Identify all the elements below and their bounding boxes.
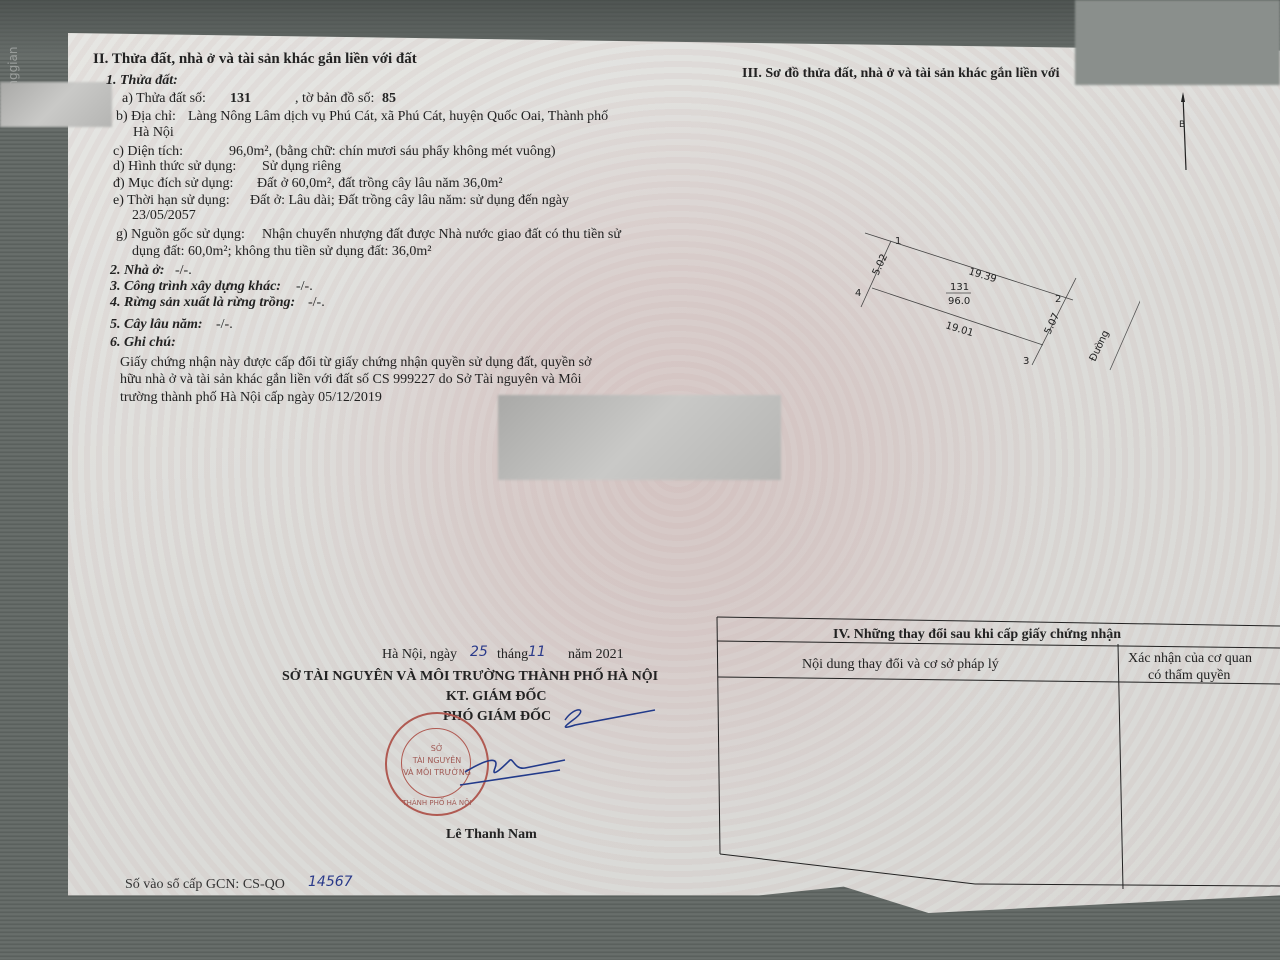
parcel-diagram: 1 2 3 4 19.39 19.01 5.02 5.07 131 96.0 Đ… <box>840 220 1140 380</box>
usage-term-date: 23/05/2057 <box>132 207 196 224</box>
signature-mark-icon <box>455 700 665 800</box>
issuing-agency: SỞ TÀI NGUYÊN VÀ MÔI TRƯỜNG THÀNH PHỐ HÀ… <box>282 668 658 685</box>
north-arrow-icon <box>1170 90 1200 180</box>
parcel-area-label: 96.0 <box>948 296 970 307</box>
usage-form-value: Sử dụng riêng <box>262 158 341 175</box>
map-label: , tờ bản đồ số: <box>295 90 374 107</box>
origin-value: Nhận chuyển nhượng đất được Nhà nước gia… <box>262 226 621 243</box>
usage-term-value: Đất ở: Lâu dài; Đất trồng cây lâu năm: s… <box>250 192 569 209</box>
redacted-area-center <box>498 395 781 480</box>
other-works-label: 3. Công trình xây dựng khác: <box>110 278 281 295</box>
signer-name: Lê Thanh Nam <box>446 826 537 843</box>
usage-purpose-label: đ) Mục đích sử dụng: <box>113 175 233 192</box>
road-label: Đường <box>1087 328 1112 363</box>
notes-heading: 6. Ghi chú: <box>110 334 176 351</box>
edge-top: 19.39 <box>967 266 998 285</box>
redacted-area-top-right <box>1075 0 1280 85</box>
year-label: năm 2021 <box>568 646 624 663</box>
section-4-title: IV. Những thay đổi sau khi cấp giấy chứn… <box>833 626 1121 643</box>
place-date-prefix: Hà Nội, ngày <box>382 646 457 663</box>
point-4: 4 <box>855 288 861 299</box>
registry-label: Số vào sổ cấp GCN: CS-QO <box>125 876 285 893</box>
notes-line-2: hữu nhà ở và tài sản khác gắn liền với đ… <box>120 371 582 388</box>
other-works-value: -/-. <box>296 278 313 295</box>
map-number: 85 <box>382 90 396 107</box>
usage-purpose-value: Đất ở 60,0m², đất trồng cây lâu năm 36,0… <box>257 175 503 192</box>
land-heading: 1. Thửa đất: <box>106 72 178 89</box>
house-label: 2. Nhà ở: <box>110 262 165 279</box>
point-3: 3 <box>1023 356 1029 367</box>
forest-label: 4. Rừng sản xuất là rừng trồng: <box>110 294 295 311</box>
point-2: 2 <box>1055 294 1061 305</box>
section-3-title: III. Sơ đồ thửa đất, nhà ở và tài sản kh… <box>742 65 1060 82</box>
point-1: 1 <box>895 236 901 247</box>
changes-col-confirmation-1: Xác nhận của cơ quan <box>1128 650 1252 667</box>
parcel-number-label: 131 <box>950 282 969 293</box>
month-label: tháng <box>497 646 528 663</box>
redacted-area-left <box>0 82 112 127</box>
edge-right: 5.07 <box>1043 311 1062 336</box>
registry-number: 14567 <box>308 874 353 891</box>
address-value-cont: Hà Nội <box>133 124 174 141</box>
date-month: 11 <box>528 644 546 661</box>
changes-col-confirmation-2: có thẩm quyền <box>1148 667 1230 684</box>
parcel-number: 131 <box>230 90 251 107</box>
changes-col-content: Nội dung thay đổi và cơ sở pháp lý <box>802 656 999 673</box>
forest-value: -/-. <box>308 294 325 311</box>
parcel-label: a) Thửa đất số: <box>122 90 206 107</box>
perennial-label: 5. Cây lâu năm: <box>110 316 203 333</box>
address-label: b) Địa chỉ: <box>116 108 176 125</box>
edge-left: 5.02 <box>871 252 890 277</box>
address-value: Làng Nông Lâm dịch vụ Phú Cát, xã Phú Cá… <box>188 108 608 125</box>
edge-bottom: 19.01 <box>944 320 975 339</box>
date-day: 25 <box>470 644 488 661</box>
origin-label: g) Nguồn gốc sử dụng: <box>116 226 245 243</box>
notes-line-3: trường thành phố Hà Nội cấp ngày 05/12/2… <box>120 389 382 406</box>
usage-form-label: d) Hình thức sử dụng: <box>113 158 236 175</box>
perennial-value: -/-. <box>216 316 233 333</box>
section-2-title: II. Thửa đất, nhà ở và tài sản khác gắn … <box>93 51 417 68</box>
origin-value-cont: dụng đất: 60,0m²; không thu tiền sử dụng… <box>132 243 431 260</box>
house-value: -/-. <box>175 262 192 279</box>
notes-line-1: Giấy chứng nhận này được cấp đổi từ giấy… <box>120 354 591 371</box>
north-label: B <box>1179 117 1185 134</box>
